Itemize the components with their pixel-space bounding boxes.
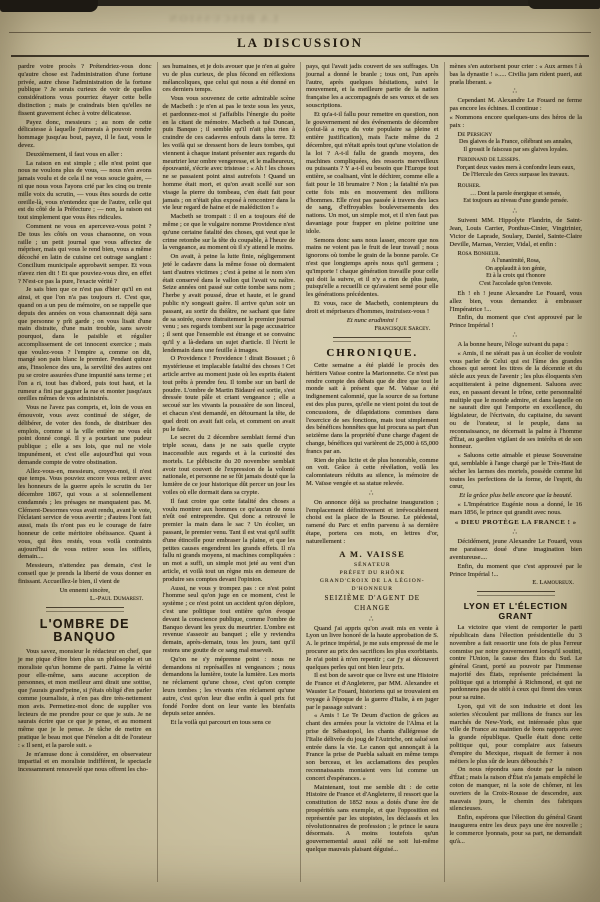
verse: A l'unanimité, Rosa, On applaudit à ton … [450,258,583,288]
paragraph: Quand j'ai appris qu'on avait mis en ven… [306,625,439,672]
newspaper-page: LA DISCUSSION LA DISCUSSION pardre votre… [0,0,600,902]
section-title: CHRONIQUE. [306,347,439,359]
paragraph: Messieurs, n'attendez pas demain, c'est … [18,562,152,585]
paragraph: Enfin, du moment que c'est approuvé par … [450,314,583,330]
ornament-divider [46,607,124,612]
laureate-name: De Persigny [450,131,583,139]
paragraph: pardre votre procès ? Prétendriez-vous d… [18,63,152,118]
dedication-line: A M. VAISSE [306,549,439,559]
paragraph: Enfin, espérons que l'élection du généra… [450,814,583,845]
paragraph: Vous savez, monsieur le rédacteur en che… [18,648,152,749]
paragraph: Deuxièmement, il faut vous en aller : [18,151,152,159]
centered-line: Un ennemi sincère, [18,587,152,595]
paragraph: « Amis ! Le Te Deum d'action de grâces a… [306,712,439,782]
column-1: pardre votre procès ? Prétendriez-vous d… [13,62,157,882]
paragraph: Il est bon de savoir que ce livre est un… [306,672,439,711]
paragraph: On nous répondra sans doute par la raiso… [450,766,583,813]
paragraph: mènes s'en autorisent pour crier : « Aux… [450,63,583,86]
verse: Forçant deux vastes mers à confondre leu… [450,165,583,180]
masthead-title: LA DISCUSSION [0,35,600,51]
paragraph: Macbeth se trompait : il en a toujours é… [163,213,296,252]
ornament-divider [477,591,555,596]
paragraph: Je m'amuse donc à considérer, en observa… [18,751,152,774]
paragraph: Il faut croire que cette fatalité des ch… [163,498,296,584]
paragraph: La raison en est simple ; elle n'est poi… [18,160,152,222]
paragraph: Enfin, du moment que c'est approuvé par … [450,563,583,579]
paragraph: Cependant M. Alexandre Le Fouard ne ferm… [450,97,583,113]
laureate-name: Ferdinand de Lesseps. [450,156,583,164]
text-columns: pardre votre procès ? Prétendriez-vous d… [0,62,600,882]
paragraph: Rien de plus licite et de plus honorable… [306,457,439,488]
masthead-bottom-rule [11,55,589,57]
latin-quote: Et nunc erudimini ! [306,317,439,325]
paragraph: O Providence ! Providence ! dirait Bossu… [163,355,296,433]
asterism-divider: ∴ [306,489,439,498]
dedication-line: SEIZIÈME D'AGENT DE CHANGE [306,593,439,613]
paragraph: Qu'on ne s'y méprenne point : nous ne de… [163,656,296,718]
signature: L.-Paul Dumarest. [18,595,152,603]
paragraph: Maintenant, tout me semble dit : de cett… [306,784,439,854]
paragraph: Et vous, race de Macbeth, contempteurs d… [306,300,439,316]
laureate-name: Rosa Bonheur. [450,250,583,258]
masthead-top-rule [9,32,591,33]
column-3: pays, qui l'avait jadis couvert de ses s… [300,62,444,882]
verse: … Dont la parole énergique et sensée, Es… [450,191,583,206]
asterism-divider: ∴ [450,207,583,216]
verse: Des glaives de la France, célébrant ses … [450,139,583,154]
paragraph: « L'Impératrice Eugénie nous a donné, le… [450,501,583,517]
paragraph: Vous ne l'avez pas compris, et, loin de … [18,404,152,466]
paragraph: Décidément, jeune Alexandre Le Fouard, v… [450,538,583,561]
paragraph: pays, qui l'avait jadis couvert de ses s… [306,63,439,110]
paragraph: A la bonne heure, l'éloge suivant du pap… [450,341,583,349]
paragraph: Eh ! eh ! jeune Alexandre Le Fouard, vou… [450,290,583,313]
dedication-line: PRÉFET DU RHÔNE [306,569,439,577]
paragraph: Comment ne vous en apercevez-vous point … [18,223,152,285]
paragraph: Je sais bien que ce n'est pas d'hier qu'… [18,286,152,403]
latin-quote: Et la grâce plus belle encore que la bea… [450,492,583,500]
column-4: mènes s'en autorisent pour crier : « Aux… [444,62,588,882]
ornament-divider [333,337,411,342]
paragraph: Vous vous souvenez de cette admirable sc… [163,95,296,212]
paragraph: Payez donc, messieurs ; au nom de cette … [18,119,152,150]
signature: Francisque Sarcey. [306,325,439,333]
paragraph: Lyon, qui vit de son industrie et dont l… [450,703,583,765]
asterism-divider: ∴ [450,331,583,340]
paragraph: Le secret du 2 décembre semblait fermé d… [163,434,296,496]
article-title: L'OMBRE DE BANQUO [18,618,152,644]
asterism-divider: ∴ [450,87,583,96]
paragraph: Aussi, ne vous y trompez pas : ce n'est … [163,585,296,655]
asterism-divider: ∴ [306,615,439,624]
laureate-name: Rouher. [450,182,583,190]
exclamation-line: « DIEU PROTÈGE LA FRANCE ! » [450,519,583,527]
paragraph: Cette semaine a été plaidé le procès des… [306,362,439,456]
paragraph: On avait, à peine la lutte finie, néglig… [163,253,296,354]
paragraph: Semons donc sans nous lasser, encore que… [306,237,439,299]
page-top-torn-edge [0,0,600,6]
paragraph: La victoire que vient de remporter le pa… [450,624,583,702]
paragraph: Et qu'a-t-il fallu pour remettre en ques… [306,111,439,236]
dedication-line: SÉNATEUR [306,561,439,569]
paragraph: « Amis, il ne siérait pas à un écolier d… [450,350,583,451]
dedication-line: GRAND'CROIX DE LA LÉGION-D'HONNEUR [306,577,439,593]
paragraph: Allez-vous-en, messieurs, croyez-moi, il… [18,468,152,562]
article-title: LYON ET L'ÉLECTION GRANT [450,601,583,621]
paragraph: ses humaines, et je dois avouer que je n… [163,63,296,94]
paragraph: On annonce déjà sa prochaine inauguratio… [306,499,439,546]
signature: E. Lamoureux. [450,579,583,587]
paragraph: « Nommons encore quelques-uns des héros … [450,114,583,130]
paragraph: Suivent MM. Hippolyte Flandrin, de Saint… [450,217,583,248]
asterism-divider: ∴ [450,528,583,537]
column-2: ses humaines, et je dois avouer que je n… [157,62,301,882]
paragraph: « Saluons cette aimable et pieuse Souver… [450,452,583,491]
paragraph: Et la voilà qui parcourt en tous sens ce [163,719,296,727]
masthead-showthrough: LA DISCUSSION [168,13,278,29]
